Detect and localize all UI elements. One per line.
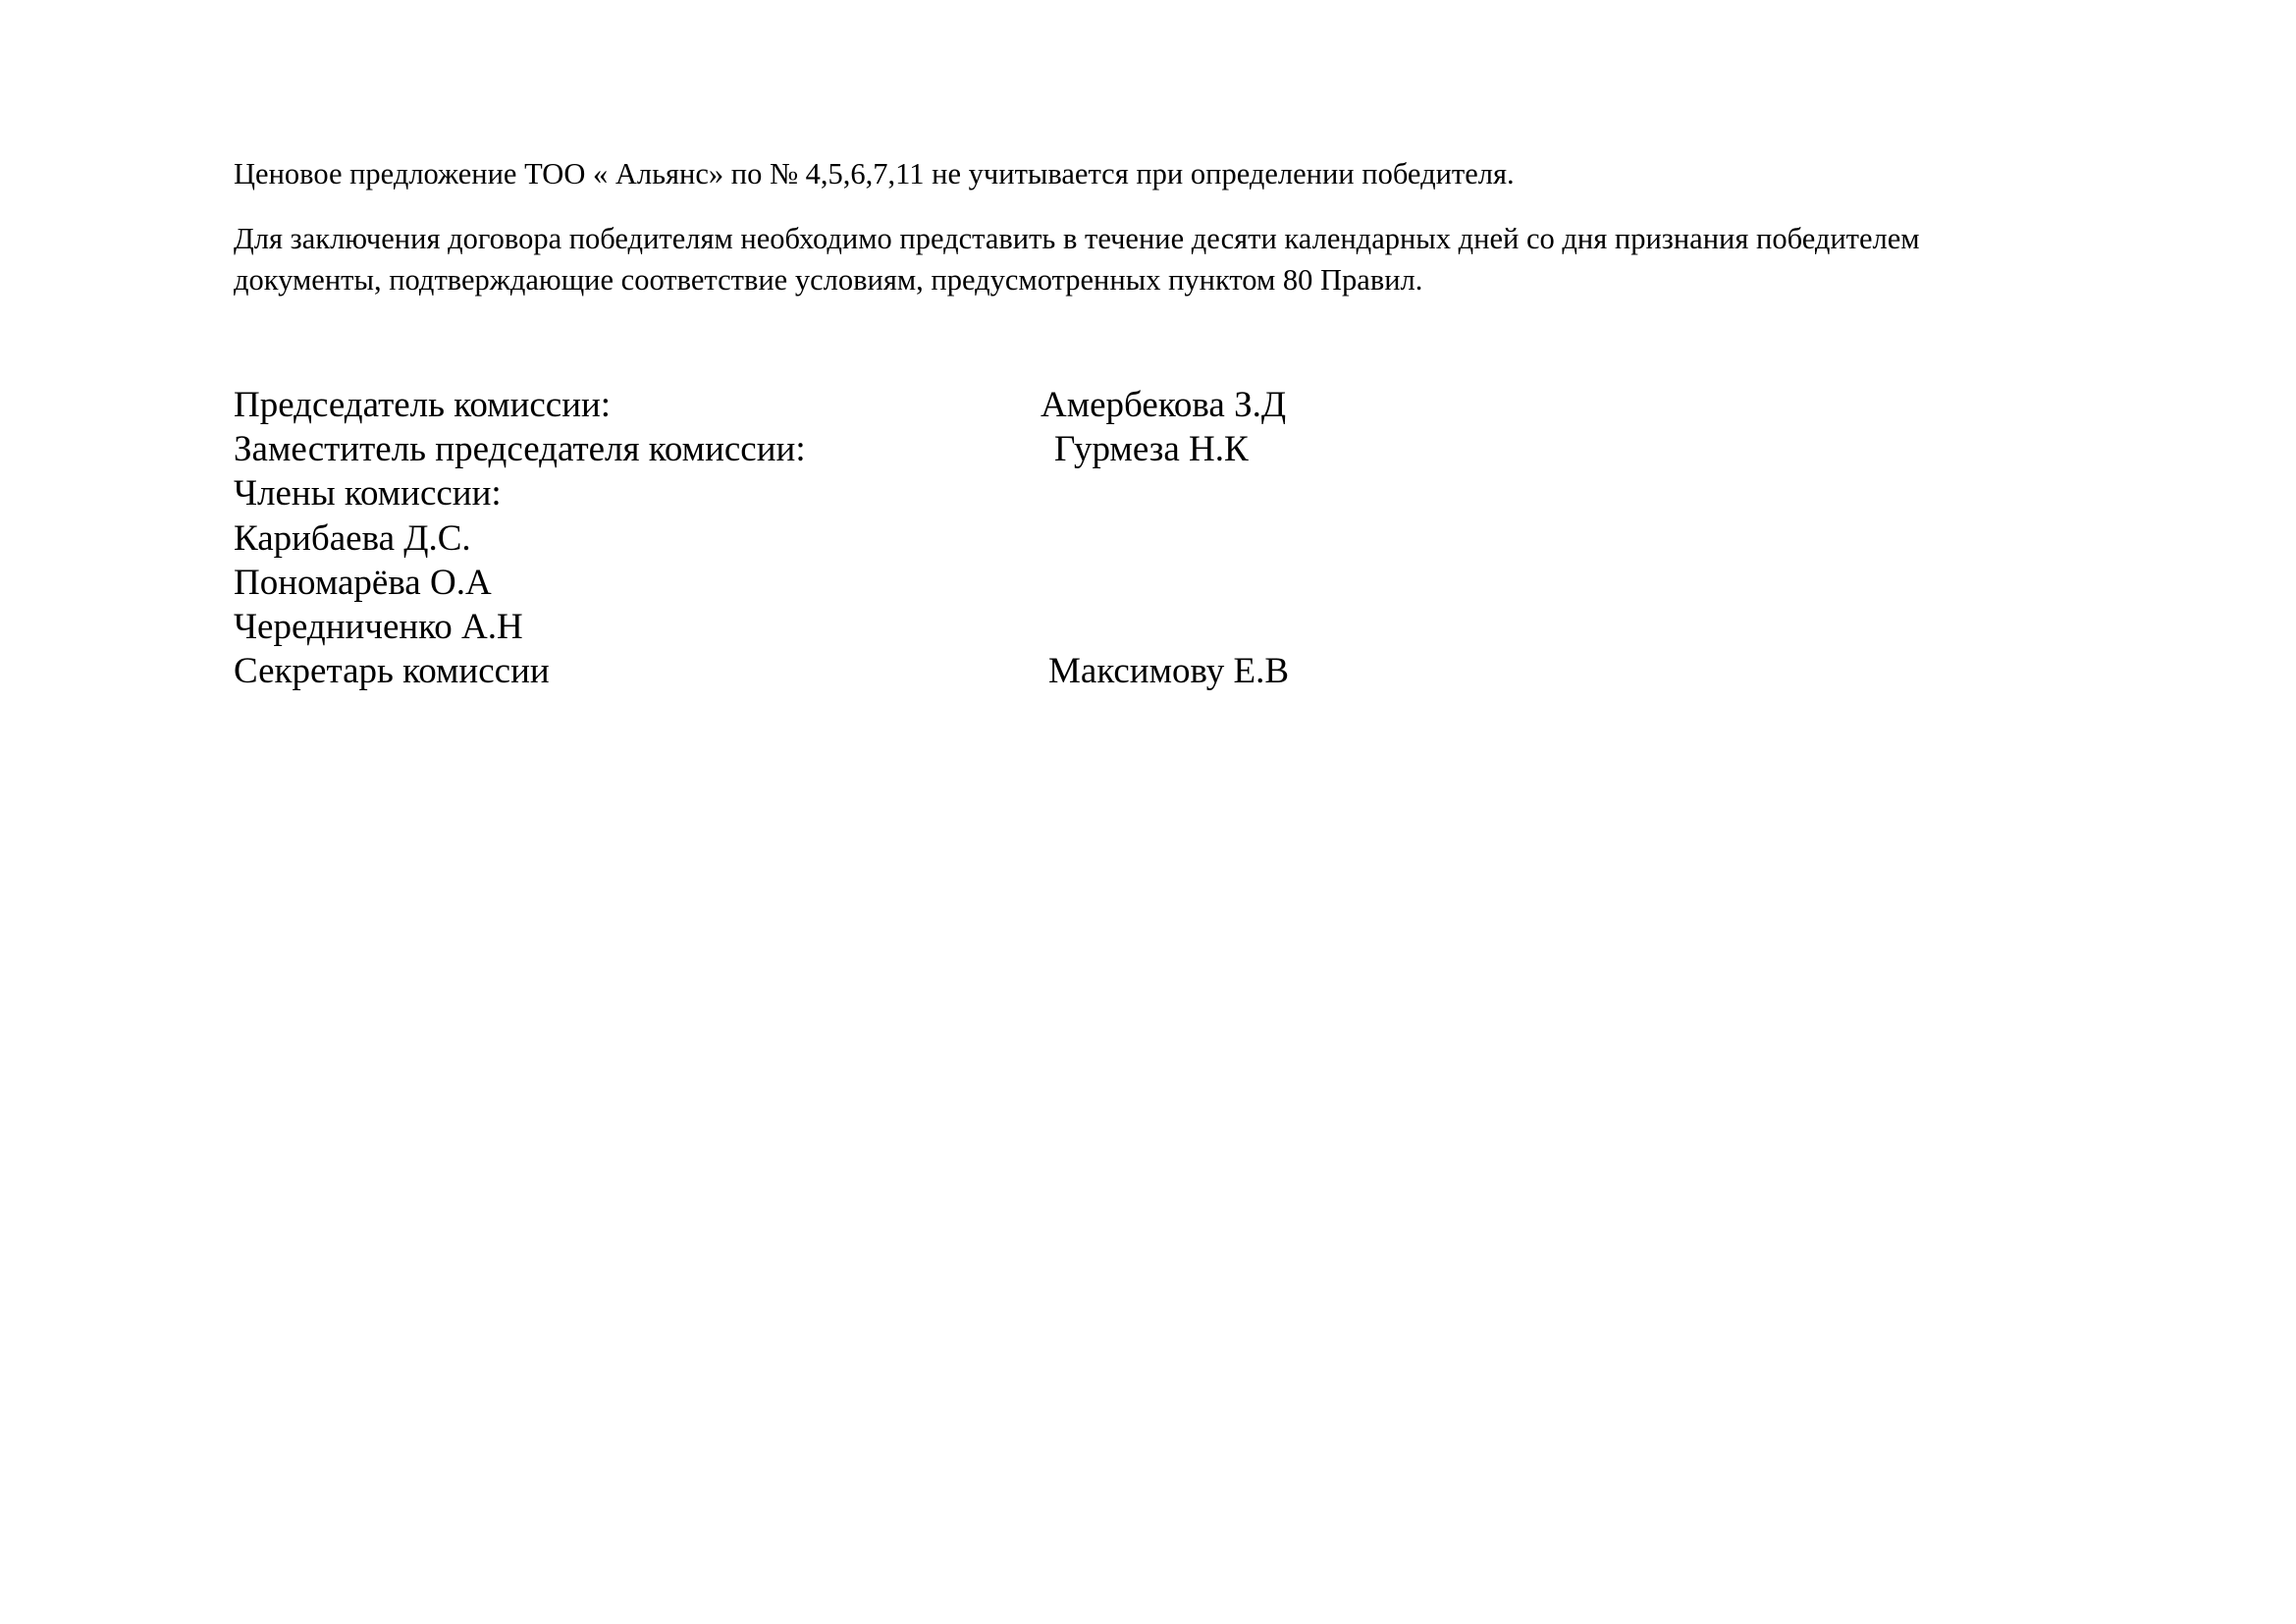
document-page: Ценовое предложение ТОО « Альянс» по № 4… <box>0 0 2296 1624</box>
member-name: Карибаева Д.С. <box>234 516 471 561</box>
members-label: Члены комиссии: <box>234 471 502 515</box>
member-name: Чередниченко А.Н <box>234 605 523 649</box>
contract-conditions-line-1: Для заключения договора победителям необ… <box>234 218 1920 259</box>
secretary-name: Максимову Е.В <box>1048 649 1289 693</box>
price-offer-note: Ценовое предложение ТОО « Альянс» по № 4… <box>234 153 1515 194</box>
chairman-name: Амербекова З.Д <box>1041 383 1286 427</box>
deputy-chairman-name: Гурмеза Н.К <box>1054 427 1249 471</box>
contract-conditions-line-2: документы, подтверждающие соответствие у… <box>234 259 1920 300</box>
member-name: Пономарёва О.А <box>234 561 492 605</box>
chairman-label: Председатель комиссии: <box>234 383 611 427</box>
deputy-chairman-label: Заместитель председателя комиссии: <box>234 427 806 471</box>
contract-conditions-paragraph: Для заключения договора победителям необ… <box>234 218 1920 300</box>
secretary-label: Секретарь комиссии <box>234 649 550 693</box>
